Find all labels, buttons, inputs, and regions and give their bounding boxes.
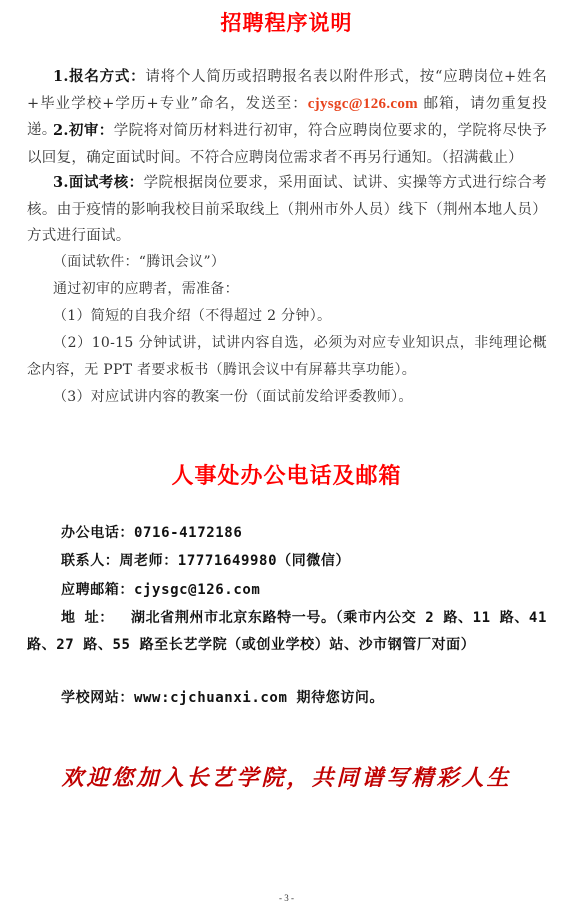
email-link[interactable]: cjysgc@126.com bbox=[308, 96, 418, 112]
school-website: 学校网站：www:cjchuanxi.com 期待您访问。 bbox=[27, 686, 547, 711]
section-title-recruitment-procedure: 招聘程序说明 bbox=[0, 8, 573, 38]
address-label: 地 址： bbox=[61, 605, 131, 632]
paragraph-lead: 1.报名方式： bbox=[53, 68, 145, 85]
prepare-item: （2）10-15 分钟试讲，试讲内容自选，必须为对应专业知识点，非纯理论概念内容… bbox=[27, 330, 547, 383]
address: 地 址：湖北省荆州市北京东路特一号。（乘市内公交 2 路、11 路、41 路、2… bbox=[27, 605, 547, 659]
prepare-intro: 通过初审的应聘者，需准备： bbox=[27, 276, 547, 303]
contact-person: 联系人：周老师：17771649980（同微信） bbox=[27, 549, 547, 574]
office-phone: 办公电话：0716-4172186 bbox=[27, 521, 547, 546]
paragraph-lead: 2.初审： bbox=[53, 122, 114, 139]
prepare-item: （3）对应试讲内容的教案一份（面试前发给评委教师）。 bbox=[27, 384, 547, 411]
prepare-item: （1）简短的自我介绍（不得超过 2 分钟）。 bbox=[27, 303, 547, 330]
page-number: - 3 - bbox=[0, 893, 573, 903]
section-title-hr-contact: 人事处办公电话及邮箱 bbox=[0, 462, 573, 492]
interview-software-note: （面试软件：“腾讯会议”） bbox=[27, 249, 547, 276]
paragraph-lead: 3.面试考核： bbox=[53, 174, 144, 191]
document-page: 招聘程序说明 1.报名方式：请将个人简历或招聘报名表以附件形式，按“应聘岗位+姓… bbox=[0, 0, 573, 915]
welcome-slogan: 欢迎您加入长艺学院，共同谱写精彩人生 bbox=[0, 762, 573, 794]
paragraph-interview-assessment: 3.面试考核：学院根据岗位要求，采用面试、试讲、实操等方式进行综合考核。由于疫情… bbox=[27, 170, 547, 250]
recruitment-email: 应聘邮箱：cjysgc@126.com bbox=[27, 578, 547, 603]
paragraph-initial-review: 2.初审：学院将对简历材料进行初审，符合应聘岗位要求的，学院将尽快予以回复，确定… bbox=[27, 118, 547, 171]
